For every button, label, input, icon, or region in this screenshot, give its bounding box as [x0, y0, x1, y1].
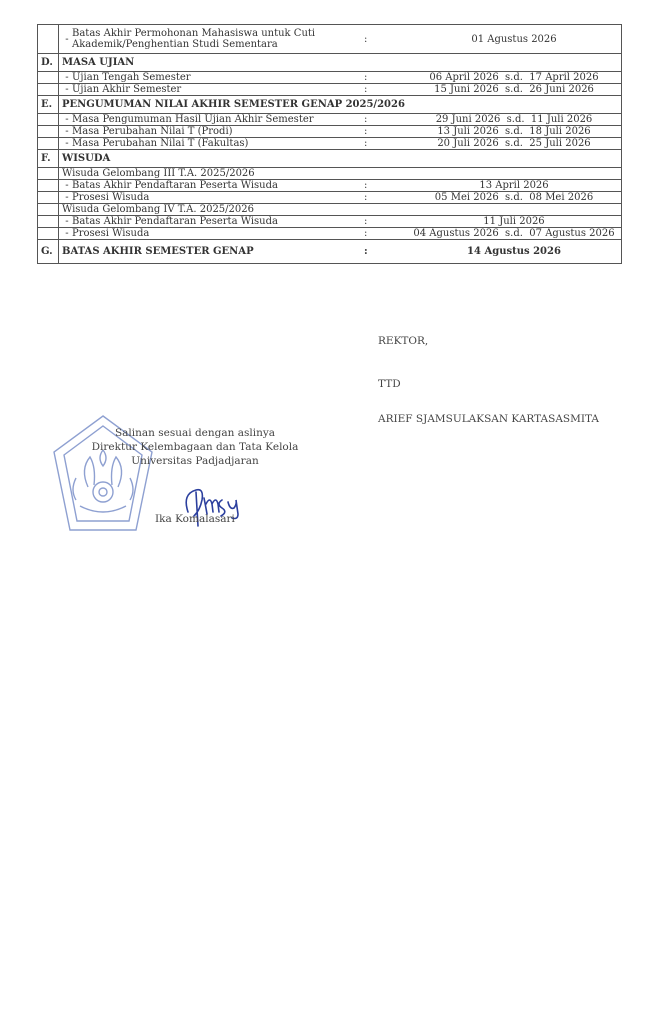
bullet-dash: - — [62, 34, 72, 45]
colon: : — [361, 72, 407, 84]
table-row: E.PENGUMUMAN NILAI AKHIR SEMESTER GENAP … — [38, 96, 622, 114]
colon: : — [361, 240, 407, 264]
item-label-text: Ujian Akhir Semester — [72, 84, 181, 95]
empty-cell — [38, 126, 59, 138]
empty-cell — [38, 84, 59, 96]
bullet-dash: - — [62, 72, 72, 83]
colon: : — [361, 228, 407, 240]
item-label: -Prosesi Wisuda — [59, 228, 362, 240]
item-label-text: Masa Pengumuman Hasil Ujian Akhir Semest… — [72, 114, 314, 125]
section-value: 14 Agustus 2026 — [407, 240, 622, 264]
bullet-dash: - — [62, 180, 72, 191]
table-row: D.MASA UJIAN — [38, 54, 622, 72]
colon: : — [361, 84, 407, 96]
section-letter: F. — [38, 150, 59, 168]
signature-position: REKTOR, — [378, 335, 428, 347]
table-row: Wisuda Gelombang IV T.A. 2025/2026 — [38, 204, 622, 216]
empty-cell — [38, 25, 59, 54]
item-label: -Ujian Akhir Semester — [59, 84, 362, 96]
table-row: -Batas Akhir Permohonan Mahasiswa untuk … — [38, 25, 622, 54]
table-row: -Prosesi Wisuda:05 Mei 2026 s.d. 08 Mei … — [38, 192, 622, 204]
table-row: -Ujian Tengah Semester:06 April 2026 s.d… — [38, 72, 622, 84]
signatory-name: ARIEF SJAMSULAKSAN KARTASASMITA — [378, 413, 599, 425]
colon: : — [361, 180, 407, 192]
item-label: -Batas Akhir Permohonan Mahasiswa untuk … — [59, 25, 362, 54]
bullet-dash: - — [62, 216, 72, 227]
item-label: -Masa Perubahan Nilai T (Fakultas) — [59, 138, 362, 150]
section-title: BATAS AKHIR SEMESTER GENAP — [59, 240, 362, 264]
table-row: F.WISUDA — [38, 150, 622, 168]
table-row: -Ujian Akhir Semester:15 Juni 2026 s.d. … — [38, 84, 622, 96]
item-label: -Masa Perubahan Nilai T (Prodi) — [59, 126, 362, 138]
item-value: 04 Agustus 2026 s.d. 07 Agustus 2026 — [407, 228, 622, 240]
item-label-text: Masa Perubahan Nilai T (Fakultas) — [72, 138, 248, 149]
table-row: Wisuda Gelombang III T.A. 2025/2026 — [38, 168, 622, 180]
empty-cell — [38, 192, 59, 204]
item-value: 29 Juni 2026 s.d. 11 Juli 2026 — [407, 114, 622, 126]
colon: : — [361, 138, 407, 150]
item-label-text: Batas Akhir Pendaftaran Peserta Wisuda — [72, 216, 278, 227]
empty-cell — [38, 228, 59, 240]
item-label-text: Batas Akhir Pendaftaran Peserta Wisuda — [72, 180, 278, 191]
item-label-line: Batas Akhir Permohonan Mahasiswa untuk C… — [72, 28, 315, 39]
item-label: -Prosesi Wisuda — [59, 192, 362, 204]
bullet-dash: - — [62, 126, 72, 137]
signature-mark: TTD — [378, 378, 401, 390]
item-value: 05 Mei 2026 s.d. 08 Mei 2026 — [407, 192, 622, 204]
section-title: MASA UJIAN — [59, 54, 622, 72]
colon: : — [361, 126, 407, 138]
empty-cell — [38, 204, 59, 216]
empty-cell — [38, 180, 59, 192]
table-row: -Masa Pengumuman Hasil Ujian Akhir Semes… — [38, 114, 622, 126]
empty-cell — [38, 72, 59, 84]
table-row: -Prosesi Wisuda:04 Agustus 2026 s.d. 07 … — [38, 228, 622, 240]
empty-cell — [38, 114, 59, 126]
item-value: 06 April 2026 s.d. 17 April 2026 — [407, 72, 622, 84]
bullet-dash: - — [62, 192, 72, 203]
colon: : — [361, 114, 407, 126]
section-letter: G. — [38, 240, 59, 264]
item-value: 01 Agustus 2026 — [407, 25, 622, 54]
table-row: G.BATAS AKHIR SEMESTER GENAP:14 Agustus … — [38, 240, 622, 264]
item-label-text: Masa Perubahan Nilai T (Prodi) — [72, 126, 233, 137]
colon: : — [361, 216, 407, 228]
section-letter: D. — [38, 54, 59, 72]
item-label-text: Prosesi Wisuda — [72, 192, 149, 203]
copy-line-3: Universitas Padjadjaran — [95, 455, 295, 467]
colon: : — [361, 25, 407, 54]
empty-cell — [38, 168, 59, 180]
bullet-dash: - — [62, 138, 72, 149]
table-row: -Masa Perubahan Nilai T (Fakultas):20 Ju… — [38, 138, 622, 150]
empty-cell — [38, 216, 59, 228]
table-row: -Batas Akhir Pendaftaran Peserta Wisuda:… — [38, 216, 622, 228]
item-value: 20 Juli 2026 s.d. 25 Juli 2026 — [407, 138, 622, 150]
subsection-title: Wisuda Gelombang III T.A. 2025/2026 — [59, 168, 622, 180]
item-label: -Masa Pengumuman Hasil Ujian Akhir Semes… — [59, 114, 362, 126]
item-label: -Batas Akhir Pendaftaran Peserta Wisuda — [59, 216, 362, 228]
subsection-title: Wisuda Gelombang IV T.A. 2025/2026 — [59, 204, 622, 216]
item-label-text: Prosesi Wisuda — [72, 228, 149, 239]
bullet-dash: - — [62, 84, 72, 95]
item-label: -Ujian Tengah Semester — [59, 72, 362, 84]
item-value: 13 Juli 2026 s.d. 18 Juli 2026 — [407, 126, 622, 138]
item-label: -Batas Akhir Pendaftaran Peserta Wisuda — [59, 180, 362, 192]
item-value: 11 Juli 2026 — [407, 216, 622, 228]
section-title: PENGUMUMAN NILAI AKHIR SEMESTER GENAP 20… — [59, 96, 622, 114]
item-value: 15 Juni 2026 s.d. 26 Juni 2026 — [407, 84, 622, 96]
bullet-dash: - — [62, 114, 72, 125]
copy-line-2: Direktur Kelembagaan dan Tata Kelola — [85, 441, 305, 453]
empty-cell — [38, 138, 59, 150]
copy-line-1: Salinan sesuai dengan aslinya — [95, 427, 295, 439]
item-value: 13 April 2026 — [407, 180, 622, 192]
colon: : — [361, 192, 407, 204]
section-title: WISUDA — [59, 150, 622, 168]
bullet-dash: - — [62, 228, 72, 239]
item-label-text: Ujian Tengah Semester — [72, 72, 191, 83]
copy-signer: Ika Komalasari — [155, 513, 255, 525]
section-letter: E. — [38, 96, 59, 114]
table-row: -Masa Perubahan Nilai T (Prodi):13 Juli … — [38, 126, 622, 138]
academic-calendar-table: -Batas Akhir Permohonan Mahasiswa untuk … — [37, 24, 622, 264]
table-row: -Batas Akhir Pendaftaran Peserta Wisuda:… — [38, 180, 622, 192]
item-label-line: Akademik/Penghentian Studi Sementara — [72, 39, 315, 50]
